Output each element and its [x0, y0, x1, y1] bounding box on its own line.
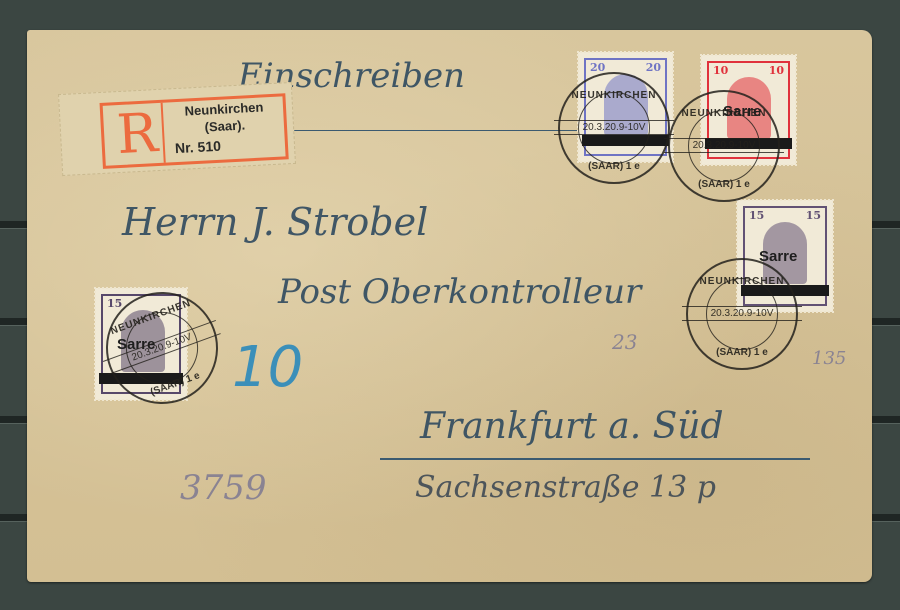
pencil-mark: 135 [812, 348, 846, 369]
postmark-town: NEUNKIRCHEN [560, 90, 668, 101]
address-salutation: Herrn J. Strobel [122, 200, 428, 244]
postmark-date: 20.3.20.9-10V [554, 120, 674, 135]
blue-crayon-number: 10 [232, 335, 303, 400]
postmark-region: (SAAR) 1 e [670, 179, 778, 190]
postmark-town: NEUNKIRCHEN [670, 108, 778, 119]
address-street: Sachsenstraße 13 p [415, 470, 716, 505]
postmark: NEUNKIRCHEN 20.3.20.9-10V (SAAR) 1 e [668, 90, 780, 202]
postmark: NEUNKIRCHEN 20.3.20.9-10V (SAAR) 1 e [686, 258, 798, 370]
postmark-town: NEUNKIRCHEN [688, 276, 796, 287]
stamp-value: 20 [646, 61, 661, 74]
stamp-value: 15 [107, 297, 122, 310]
registration-number: Nr. 510 [175, 138, 222, 156]
pencil-number: 3759 [180, 468, 267, 508]
registration-r: R [111, 105, 164, 164]
registration-label: R Neunkirchen (Saar). Nr. 510 [58, 82, 296, 176]
postmark-region: (SAAR) 1 e [560, 161, 668, 172]
pencil-mark: 23 [612, 330, 637, 354]
stamp-value: 10 [713, 64, 728, 77]
stamp-value: 15 [806, 209, 821, 222]
stamp-value: 10 [769, 64, 784, 77]
postmark-date: 20.3.20.9-10V [664, 138, 784, 153]
underline [290, 130, 580, 131]
stamp-value: 15 [749, 209, 764, 222]
postmark-region: (SAAR) 1 e [688, 347, 796, 358]
address-city: Frankfurt a. Süd [420, 406, 724, 447]
city-underline [380, 458, 810, 460]
address-line2: Post Oberkontrolleur [278, 272, 641, 312]
postmark-date: 20.3.20.9-10V [682, 306, 802, 321]
registration-frame: R Neunkirchen (Saar). Nr. 510 [100, 93, 289, 169]
postmark: NEUNKIRCHEN 20.3.20.9-10V (SAAR) 1 e [558, 72, 670, 184]
